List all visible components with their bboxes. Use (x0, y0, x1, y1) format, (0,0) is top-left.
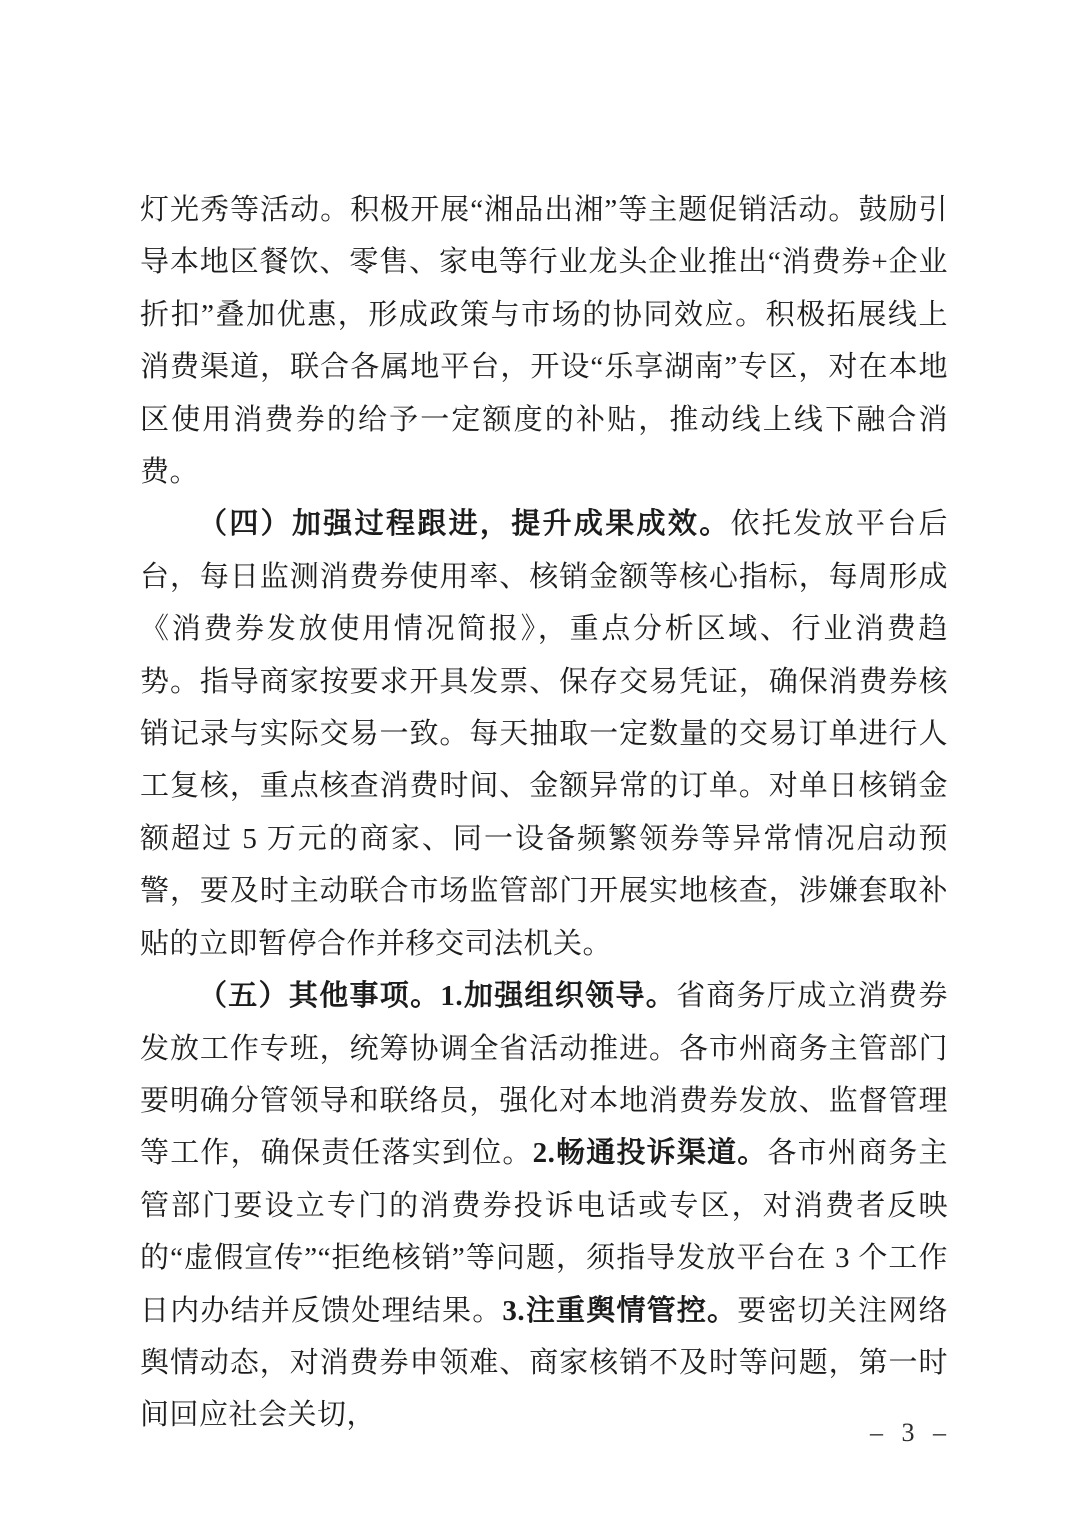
bold-run: 2.畅通投诉渠道。 (533, 1137, 768, 1169)
text-run: 灯光秀等活动。积极开展“湘品出湘”等主题促销活动。鼓励引导本地区餐饮、零售、家电… (140, 194, 948, 488)
paragraph-section-4: （四）加强过程跟进，提升成果成效。依托发放平台后台，每日监测消费券使用率、核销金… (140, 498, 948, 970)
bold-run: （五）其他事项。 (198, 980, 440, 1012)
document-page: 灯光秀等活动。积极开展“湘品出湘”等主题促销活动。鼓励引导本地区餐饮、零售、家电… (0, 0, 1080, 1527)
bold-run: 1.加强组织领导。 (440, 980, 676, 1012)
paragraph-section-5: （五）其他事项。1.加强组织领导。省商务厅成立消费券发放工作专班，统筹协调全省活… (140, 970, 948, 1442)
text-run: 依托发放平台后台，每日监测消费券使用率、核销金额等核心指标，每周形成《消费券发放… (140, 508, 948, 959)
bold-run: 3.注重舆情管控。 (502, 1295, 737, 1327)
paragraph-continuation: 灯光秀等活动。积极开展“湘品出湘”等主题促销活动。鼓励引导本地区餐饮、零售、家电… (140, 184, 948, 498)
page-number: – 3 – (870, 1418, 952, 1448)
document-body: 灯光秀等活动。积极开展“湘品出湘”等主题促销活动。鼓励引导本地区餐饮、零售、家电… (140, 184, 948, 1442)
bold-run: （四）加强过程跟进，提升成果成效。 (198, 508, 731, 540)
